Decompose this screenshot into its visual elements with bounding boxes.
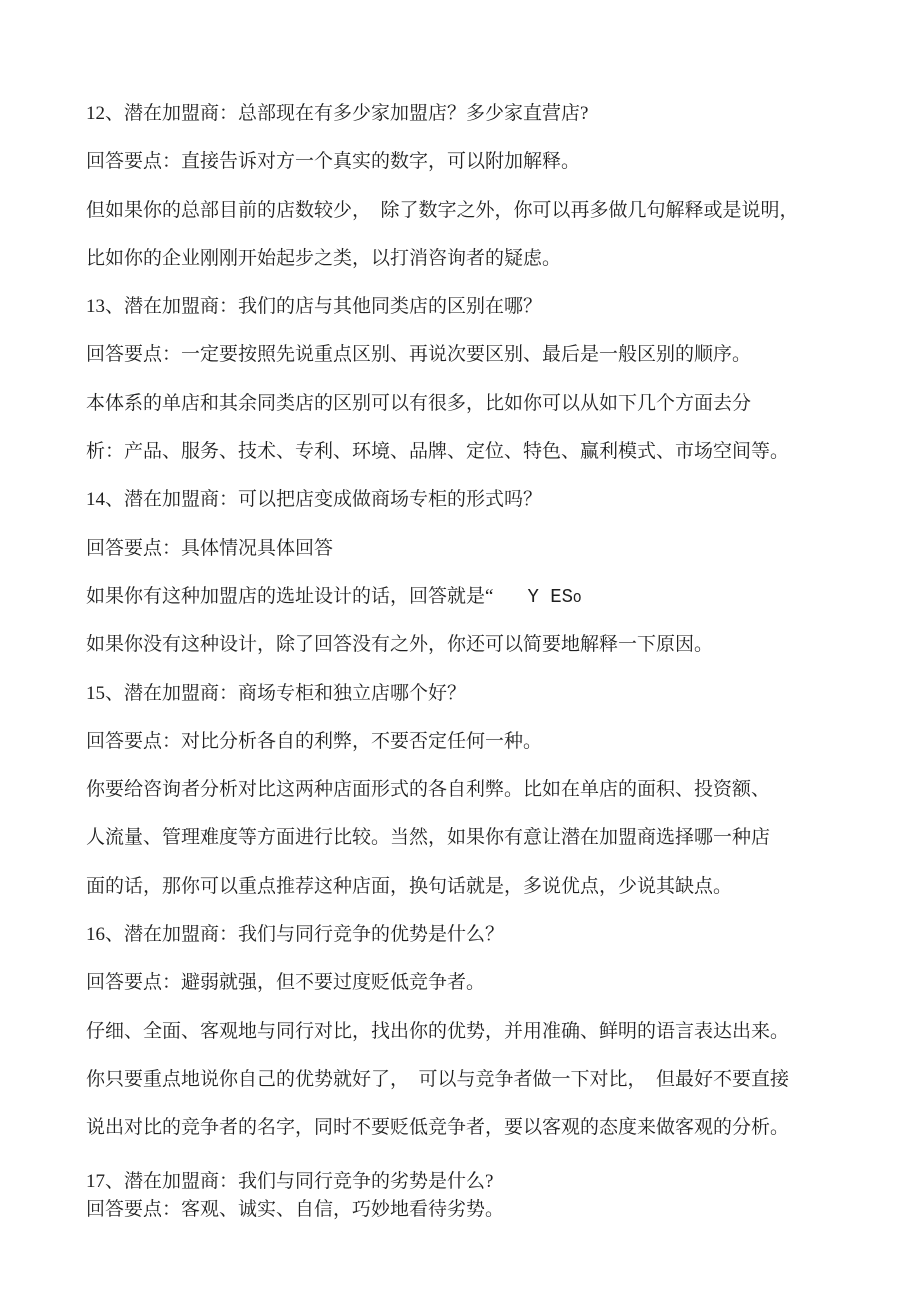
q13-answer-key: 回答要点：一定要按照先说重点区别、再说次要区别、最后是一般区别的顺序。 [86, 331, 846, 379]
document-body: 12、潜在加盟商：总部现在有多少家加盟店？多少家直营店? 回答要点：直接告诉对方… [86, 90, 846, 1224]
q12-answer-key: 回答要点：直接告诉对方一个真实的数字，可以附加解释。 [86, 138, 846, 186]
q16-answer-note-2: 你只要重点地说你自己的优势就好了， 可以与竞争者做一下对比， 但最好不要直接 [86, 1056, 846, 1104]
q16-question: 16、潜在加盟商：我们与同行竞争的优势是什么？ [86, 911, 846, 959]
q13-question: 13、潜在加盟商：我们的店与其他同类店的区别在哪？ [86, 283, 846, 331]
q15-question: 15、潜在加盟商：商场专柜和独立店哪个好？ [86, 670, 846, 718]
q14-answer-note-2: 如果你没有这种设计，除了回答没有之外，你还可以简要地解释一下原因。 [86, 621, 846, 669]
q14-question: 14、潜在加盟商：可以把店变成做商场专柜的形式吗？ [86, 476, 846, 524]
q13-answer-note-1: 本体系的单店和其余同类店的区别可以有很多，比如你可以从如下几个方面去分 [86, 380, 846, 428]
document-page: 12、潜在加盟商：总部现在有多少家加盟店？多少家直营店? 回答要点：直接告诉对方… [0, 0, 920, 1303]
q14-answer-key: 回答要点：具体情况具体回答 [86, 525, 846, 573]
q17-question: 17、潜在加盟商：我们与同行竞争的劣势是什么? [86, 1168, 846, 1196]
q12-question: 12、潜在加盟商：总部现在有多少家加盟店？多少家直营店? [86, 90, 846, 138]
q12-answer-note-1: 但如果你的总部目前的店数较少， 除了数字之外，你可以再多做几句解释或是说明， [86, 187, 846, 235]
q15-answer-note-1: 你要给咨询者分析对比这两种店面形式的各自利弊。比如在单店的面积、投资额、 [86, 766, 846, 814]
q15-answer-key: 回答要点：对比分析各自的利弊，不要否定任何一种。 [86, 718, 846, 766]
q12-answer-note-2: 比如你的企业刚刚开始起步之类，以打消咨询者的疑虑。 [86, 235, 846, 283]
q14-yes-text: Y ES [527, 586, 573, 608]
q16-answer-note-3: 说出对比的竞争者的名字，同时不要贬低竞争者，要以客观的态度来做客观的分析。 [86, 1104, 846, 1152]
q17-answer-key: 回答要点：客观、诚实、自信，巧妙地看待劣势。 [86, 1196, 846, 1224]
q16-answer-key: 回答要点：避弱就强，但不要过度贬低竞争者。 [86, 959, 846, 1007]
q14-yes-prefix: 如果你有这种加盟店的选址设计的话，回答就是“ [86, 586, 493, 607]
q14-answer-yes-line: 如果你有这种加盟店的选址设计的话，回答就是“Y ESO [86, 573, 846, 621]
q14-yes-suffix: O [573, 591, 581, 607]
q16-answer-note-1: 仔细、全面、客观地与同行对比，找出你的优势，并用准确、鲜明的语言表达出来。 [86, 1008, 846, 1056]
q15-answer-note-2: 人流量、管理难度等方面进行比较。当然，如果你有意让潜在加盟商选择哪一种店 [86, 814, 846, 862]
q13-answer-note-2: 析：产品、服务、技术、专利、环境、品牌、定位、特色、赢利模式、市场空间等。 [86, 428, 846, 476]
q15-answer-note-3: 面的话，那你可以重点推荐这种店面，换句话就是，多说优点，少说其缺点。 [86, 863, 846, 911]
